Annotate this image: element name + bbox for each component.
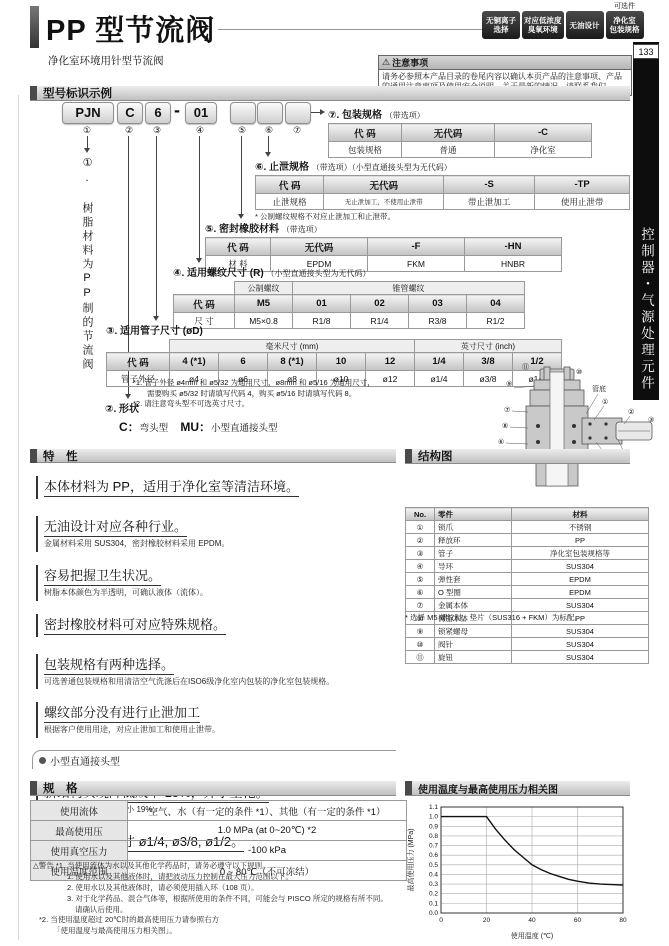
diagram-label: ① bbox=[602, 398, 608, 406]
title-rule bbox=[218, 29, 482, 30]
badge-line: 对应低浓度 bbox=[524, 16, 562, 25]
feature-sub: 树脂本体颜色为半透明，可确认液体（流体）。 bbox=[44, 588, 374, 599]
feature-sub: 可选普通包装规格和用清洁空气洗涤后在ISO6级净化室内包装的净化室包装规格。 bbox=[44, 677, 374, 688]
gutter-line bbox=[18, 95, 19, 940]
table-cell: SUS304 bbox=[512, 651, 649, 664]
section-title: 特 性 bbox=[43, 448, 78, 464]
table-cell: 代 码 bbox=[256, 176, 324, 194]
table-cell: 止泄规格 bbox=[256, 194, 324, 210]
svg-text:0.4: 0.4 bbox=[429, 871, 438, 878]
warning-line: 3. 对于化学药品、混合气体等，根据所使用的条件不同，可能会与 PISCO 所定… bbox=[33, 894, 388, 905]
feature-item: 容易把握卫生状况。树脂本体颜色为半透明，可确认液体（流体）。 bbox=[36, 565, 396, 601]
table-cell: 6 bbox=[219, 353, 268, 371]
feature-sub: 根据客户使用用途，对应止泄加工和使用止泄带。 bbox=[44, 725, 374, 736]
connector-arrow bbox=[125, 394, 131, 399]
table-cell: ③ bbox=[406, 547, 435, 560]
svg-text:0.9: 0.9 bbox=[429, 823, 438, 830]
diagram-label: ⑥ bbox=[498, 438, 504, 446]
svg-text:0.8: 0.8 bbox=[429, 833, 438, 840]
svg-text:80: 80 bbox=[619, 917, 627, 924]
title-accent-bar bbox=[30, 6, 39, 48]
table-cell: ④ bbox=[406, 560, 435, 573]
table-cell: -HN bbox=[465, 238, 562, 256]
diagram-label: 管底 bbox=[592, 384, 606, 394]
table-cell: 代 码 bbox=[107, 353, 170, 371]
shape-label-mu: 小型直通接头型 bbox=[211, 423, 278, 434]
table-cell: ø1/4 bbox=[415, 371, 464, 387]
note-line: *1. 管子外径 ø4mm 和 ø5/32 为通用尺寸，ø8mm 和 ø5/16… bbox=[133, 378, 375, 389]
diagram-label: ⑩ bbox=[576, 368, 582, 376]
svg-text:0.5: 0.5 bbox=[429, 862, 438, 869]
section-header-chart: 使用温度与最高使用压力相关图 bbox=[405, 781, 630, 796]
page-title: PP 型节流阀 bbox=[46, 8, 215, 49]
table-cell: 净化室 bbox=[495, 142, 592, 158]
svg-text:1.1: 1.1 bbox=[429, 804, 438, 811]
connector-line bbox=[268, 136, 269, 152]
item-note: （带选项） bbox=[385, 111, 425, 120]
table-cell: No. bbox=[406, 508, 435, 521]
table-cell: -F bbox=[368, 238, 465, 256]
model-box-shape: C bbox=[117, 102, 143, 124]
item-title: ⑦. 包装规格 bbox=[328, 110, 382, 121]
table-cell: 使用真空压力 bbox=[31, 841, 128, 861]
table-cell: -C bbox=[495, 124, 592, 142]
table-cell: 4 (*1) bbox=[170, 353, 219, 371]
connector-arrow bbox=[265, 152, 271, 157]
table-cell: 无止泄加工，不使用止泄带 bbox=[324, 194, 444, 210]
specs-warnings: △警告 *1. 当使用流体为水以及其他化学药品时，请务必遵守以下规则。 1. 使… bbox=[33, 861, 388, 937]
table-cell: 普通 bbox=[402, 142, 495, 158]
warning-line: 「使用温度与最高使用压力相关图」。 bbox=[33, 926, 388, 937]
table-cell: 无代码 bbox=[402, 124, 495, 142]
diagram-label: ⑨ bbox=[506, 380, 512, 388]
item-title: ③. 适用管子尺寸 (øD) bbox=[106, 326, 203, 337]
table-cell: 阀针 bbox=[435, 638, 512, 651]
table-cell: SUS304 bbox=[512, 638, 649, 651]
table-cell: 最高使用压 bbox=[31, 821, 128, 841]
badge-line: 净化室 bbox=[613, 16, 636, 25]
item-note: （带选项） bbox=[282, 225, 322, 234]
table-cell: 04 bbox=[467, 295, 525, 313]
table-cell: 导环 bbox=[435, 560, 512, 573]
table-cell: ⑩ bbox=[406, 638, 435, 651]
table-group-header: 公制螺纹 bbox=[235, 282, 293, 295]
connector-arrow bbox=[196, 258, 202, 263]
svg-text:0: 0 bbox=[439, 917, 443, 924]
svg-text:0.0: 0.0 bbox=[429, 910, 438, 917]
model-box-package bbox=[285, 102, 311, 124]
table-cell: 锁紧螺母 bbox=[435, 625, 512, 638]
svg-text:40: 40 bbox=[528, 917, 536, 924]
connector-line bbox=[87, 136, 88, 148]
svg-text:0.7: 0.7 bbox=[429, 843, 438, 850]
table-cell: M5 bbox=[235, 295, 293, 313]
warning-line: 请确认后使用。 bbox=[33, 905, 388, 916]
table-cell: 8 (*1) bbox=[268, 353, 317, 371]
item-note: （小型直通接头型为无代码） bbox=[266, 269, 370, 278]
badge-cleanroom: 可选件 净化室包装规格 bbox=[606, 11, 644, 39]
feature-badges: 无铜离子选择 对应低浓度臭氧环境 无油设计 可选件 净化室包装规格 bbox=[482, 11, 644, 39]
table-cell: 代 码 bbox=[206, 238, 271, 256]
connector-line bbox=[311, 112, 320, 113]
connector-arrow bbox=[84, 148, 90, 153]
section-header-specs: 规 格 bbox=[30, 781, 396, 796]
svg-text:20: 20 bbox=[483, 917, 491, 924]
table-cell: -100 kPa bbox=[128, 841, 407, 861]
table-cell: 弹性套 bbox=[435, 573, 512, 586]
table-cell: PP bbox=[512, 534, 649, 547]
model-box-thread: 01 bbox=[185, 102, 217, 124]
table-cell: 净化室包装规格等 bbox=[512, 547, 649, 560]
table-cell: 无代码 bbox=[271, 238, 368, 256]
warning-line: 1. 使用水以及其他液体时，请把波动压力控制在最大压力范围以下。 bbox=[33, 872, 388, 883]
feature-sub: 金属材料采用 SUS304，密封橡胶材料采用 EPDM。 bbox=[44, 539, 374, 550]
badge-line: 臭氧环境 bbox=[528, 25, 558, 34]
table-cell: 代 码 bbox=[329, 124, 402, 142]
table-cell: 不锈钢 bbox=[512, 521, 649, 534]
badge-line: 选择 bbox=[494, 25, 509, 34]
item6-leak-spec: ⑥. 止泄规格 （带选项）（小型直通接头型为无代码） 代 码无代码-S-TP止泄… bbox=[255, 158, 630, 222]
diagram-label: ⑪ bbox=[522, 362, 529, 372]
table-cell: 零件 bbox=[435, 508, 512, 521]
section-header-features: 特 性 bbox=[30, 449, 396, 463]
feature-item: 螺纹部分没有进行止泄加工根据客户使用用途，对应止泄加工和使用止泄带。 bbox=[36, 702, 396, 738]
circle-7: ⑦ bbox=[290, 125, 304, 136]
feature-item: 无油设计对应各种行业。金属材料采用 SUS304，密封橡胶材料采用 EPDM。 bbox=[36, 516, 396, 552]
item-note: （带选项）（小型直通接头型为无代码） bbox=[312, 163, 452, 172]
feature-item: 包装规格有两种选择。可选普通包装规格和用清洁空气洗涤后在ISO6级净化室内包装的… bbox=[36, 654, 396, 690]
svg-text:0.1: 0.1 bbox=[429, 900, 438, 907]
table-cell: ⑪ bbox=[406, 651, 435, 664]
table-cell: ⑥ bbox=[406, 586, 435, 599]
section-header-structure: 结构图 bbox=[405, 449, 630, 464]
svg-text:0.2: 0.2 bbox=[429, 891, 438, 898]
table-cell: EPDM bbox=[512, 586, 649, 599]
valve-cross-section-diagram: ⑪ ⑩ ⑨ 管底 ⑦ ⑧ ⑥ ① ② ③ ⑤ ④ bbox=[478, 366, 660, 504]
circle-1: ① bbox=[80, 125, 94, 136]
connector-line bbox=[199, 136, 200, 258]
connector-arrow bbox=[320, 109, 325, 115]
model-box-leak bbox=[257, 102, 283, 124]
svg-text:1.0: 1.0 bbox=[429, 814, 438, 821]
table-cell: -TP bbox=[535, 176, 630, 194]
leak-spec-table: 代 码无代码-S-TP止泄规格无止泄加工，不使用止泄带带止泄加工使用止泄带 bbox=[255, 175, 630, 210]
warning-line: *2. 当使用温度超过 20℃时的最高使用压力请参照右方 bbox=[33, 915, 388, 926]
table-cell: ② bbox=[406, 534, 435, 547]
feature-headline: 螺纹部分没有进行止泄加工 bbox=[44, 702, 200, 723]
item7-package-spec: ⑦. 包装规格 （带选项） 代 码无代码-C包装规格普通净化室 bbox=[328, 106, 592, 158]
item4-thread-size: ④. 适用螺纹尺寸 (R) （小型直通接头型为无代码） 公制螺纹锥管螺纹代 码M… bbox=[173, 264, 525, 329]
table-cell: 带止泄加工 bbox=[444, 194, 535, 210]
badge-line: 无油设计 bbox=[570, 21, 600, 30]
table-cell: ⑦ bbox=[406, 599, 435, 612]
table-cell: 管子 bbox=[435, 547, 512, 560]
table-group-header: 毫米尺寸 (mm) bbox=[170, 340, 415, 353]
table-cell: SUS304 bbox=[512, 560, 649, 573]
optional-label: 可选件 bbox=[606, 1, 644, 11]
parts-material-table: No.零件材料①锁爪不锈钢②释放环PP③管子净化室包装规格等④导环SUS304⑤… bbox=[405, 507, 649, 664]
model-box-tube: 6 bbox=[145, 102, 171, 124]
badge-no-copper: 无铜离子选择 bbox=[482, 11, 520, 39]
table-cell: 03 bbox=[409, 295, 467, 313]
svg-text:0.6: 0.6 bbox=[429, 852, 438, 859]
diagram-label: ⑦ bbox=[504, 406, 510, 414]
table-cell: 代 码 bbox=[174, 295, 235, 313]
shape-code-mu: MU： bbox=[180, 420, 211, 434]
model-box-series: PJN bbox=[62, 102, 114, 124]
circle-2: ② bbox=[122, 125, 136, 136]
item2-shape: ②. 形状 C：弯头型 MU：小型直通接头型 bbox=[105, 400, 278, 435]
table-cell: 包装规格 bbox=[329, 142, 402, 158]
badge-line: 无铜离子 bbox=[486, 16, 516, 25]
table-cell: 材料 bbox=[512, 508, 649, 521]
table-cell: 1/4 bbox=[415, 353, 464, 371]
connector-arrow bbox=[153, 316, 159, 321]
model-dash: - bbox=[171, 100, 183, 121]
caution-title: 注意事项 bbox=[392, 56, 428, 69]
table-cell: 使用止泄带 bbox=[535, 194, 630, 210]
table-cell: 使用流体 bbox=[31, 801, 128, 821]
item-title: ⑤. 密封橡胶材料 bbox=[205, 224, 279, 235]
note-line: 需要购买 ø5/32 时请填写代码 4，购买 ø5/16 时请填写代码 8。 bbox=[133, 389, 375, 400]
item1-vertical-text: ①. 树脂材料为PP制的节流阀 bbox=[79, 156, 95, 372]
table-group-header bbox=[107, 340, 170, 353]
table-cell: 12 bbox=[366, 353, 415, 371]
parts-footnote: * 选择 M5 螺纹时，垫片（SUS316 + FKM）为标配。 bbox=[405, 612, 582, 623]
section-title: 规 格 bbox=[43, 780, 78, 796]
feature-headline: 本体材料为 PP，适用于净化室等清洁环境。 bbox=[44, 476, 299, 497]
diagram-label: ⑧ bbox=[502, 422, 508, 430]
section-title: 型号标识示例 bbox=[43, 85, 112, 101]
table-cell: 1.0 MPa (at 0~20℃) *2 bbox=[128, 821, 407, 841]
table-cell: EPDM bbox=[512, 573, 649, 586]
table-cell: 金属本体 bbox=[435, 599, 512, 612]
pressure-temp-chart: 0.00.10.20.30.40.50.60.70.80.91.01.10204… bbox=[405, 799, 633, 941]
connector-arrow bbox=[238, 214, 244, 219]
connector-line bbox=[156, 136, 157, 316]
subsection-header-mu: 小型直通接头型 bbox=[32, 750, 396, 769]
feature-headline: 容易把握卫生状况。 bbox=[44, 565, 161, 586]
warning-line: 2. 使用水以及其他液体时，请必须使用插入环（108 页）。 bbox=[33, 883, 388, 894]
circle-5: ⑤ bbox=[235, 125, 249, 136]
svg-text:60: 60 bbox=[574, 917, 582, 924]
connector-line bbox=[241, 136, 242, 214]
table-cell: 10 bbox=[317, 353, 366, 371]
svg-text:最高使用压力 (MPa): 最高使用压力 (MPa) bbox=[406, 829, 415, 892]
diagram-label: ② bbox=[628, 408, 634, 416]
circle-3: ③ bbox=[150, 125, 164, 136]
circle-6: ⑥ bbox=[262, 125, 276, 136]
svg-text:使用温度 (℃): 使用温度 (℃) bbox=[511, 931, 553, 940]
circle-4: ④ bbox=[193, 125, 207, 136]
table-cell: 无代码 bbox=[324, 176, 444, 194]
shape-label-c: 弯头型 bbox=[140, 423, 169, 434]
section-title: 结构图 bbox=[418, 448, 453, 464]
table-cell: O 型圈 bbox=[435, 586, 512, 599]
table-cell: 空气、水（有一定的条件 *1）、其他（有一定的条件 *1） bbox=[128, 801, 407, 821]
table-cell: ⑨ bbox=[406, 625, 435, 638]
package-spec-table: 代 码无代码-C包装规格普通净化室 bbox=[328, 123, 592, 158]
feature-headline: 包装规格有两种选择。 bbox=[44, 654, 174, 675]
catalog-page: PP 型节流阀 净化室环境用针型节流阀 无铜离子选择 对应低浓度臭氧环境 无油设… bbox=[0, 0, 669, 946]
warning-icon: ⚠ bbox=[382, 57, 390, 68]
shape-code-c: C： bbox=[119, 420, 140, 434]
feature-item: 本体材料为 PP，适用于净化室等清洁环境。 bbox=[36, 476, 396, 499]
item-title: ④. 适用螺纹尺寸 (R) bbox=[173, 268, 264, 279]
table-group-header: 锥管螺纹 bbox=[293, 282, 525, 295]
section-header-model: 型号标识示例 bbox=[30, 86, 630, 101]
section-title: 使用温度与最高使用压力相关图 bbox=[418, 781, 558, 796]
table-cell: ① bbox=[406, 521, 435, 534]
feature-headline: 无油设计对应各种行业。 bbox=[44, 516, 187, 537]
table-cell: 02 bbox=[351, 295, 409, 313]
table-cell: ⑤ bbox=[406, 573, 435, 586]
table-group-header: 英寸尺寸 (inch) bbox=[415, 340, 562, 353]
side-category-strip: 控制器・气源处理元件 bbox=[633, 42, 659, 400]
badge-oil-free: 无油设计 bbox=[566, 11, 604, 39]
page-subtitle: 净化室环境用针型节流阀 bbox=[48, 53, 164, 68]
item-title: ②. 形状 bbox=[105, 400, 278, 415]
table-group-header bbox=[174, 282, 235, 295]
feature-headline: 密封橡胶材料可对应特殊规格。 bbox=[44, 614, 226, 635]
table-cell: 01 bbox=[293, 295, 351, 313]
table-cell: 锁爪 bbox=[435, 521, 512, 534]
badge-line: 包装规格 bbox=[610, 25, 640, 34]
table-cell: SUS304 bbox=[512, 625, 649, 638]
item-title: ⑥. 止泄规格 bbox=[255, 162, 309, 173]
subsection-title: 小型直通接头型 bbox=[50, 753, 120, 768]
diagram-label: ③ bbox=[648, 416, 654, 424]
table-cell: 释放环 bbox=[435, 534, 512, 547]
svg-text:0.3: 0.3 bbox=[429, 881, 438, 888]
badge-ozone: 对应低浓度臭氧环境 bbox=[522, 11, 564, 39]
table-cell: 旋钮 bbox=[435, 651, 512, 664]
model-box-rubber bbox=[230, 102, 256, 124]
page-number: 133 bbox=[633, 44, 659, 59]
feature-item: 密封橡胶材料可对应特殊规格。 bbox=[36, 614, 396, 637]
warning-line: △警告 *1. 当使用流体为水以及其他化学药品时，请务必遵守以下规则。 bbox=[33, 861, 388, 872]
bullet-icon bbox=[39, 757, 46, 764]
table-cell: -S bbox=[444, 176, 535, 194]
table-cell: SUS304 bbox=[512, 599, 649, 612]
